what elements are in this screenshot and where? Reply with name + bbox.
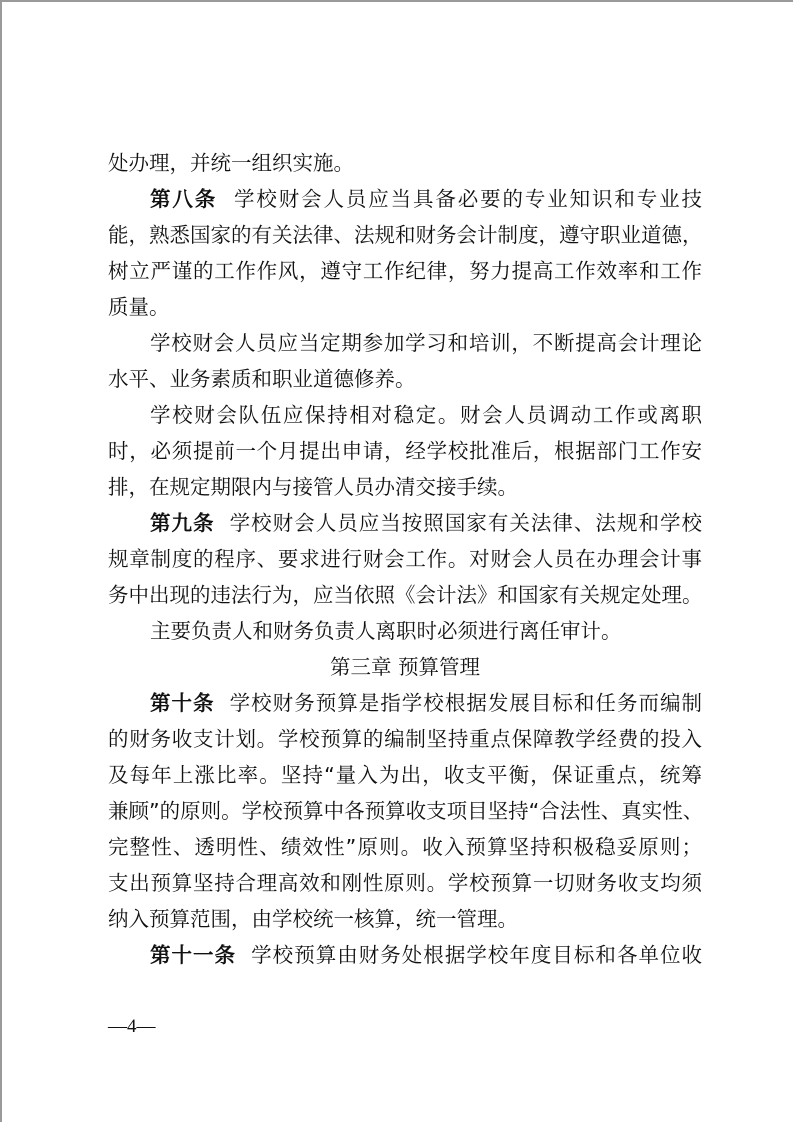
- article-10-line: 第十条 学校财务预算是指学校根据发展目标和任务而编制: [108, 685, 702, 721]
- document-body: 处办理，并统一组织实施。 第八条 学校财会人员应当具备必要的专业知识和专业技 能…: [108, 145, 702, 973]
- line-text: 完整性、透明性、绩效性”原则。收入预算坚持积极稳妥原则；: [108, 835, 702, 859]
- text-line: 处办理，并统一组织实施。: [108, 145, 702, 181]
- line-text: 学校财会人员应当具备必要的专业知识和专业技: [234, 187, 702, 211]
- line-text: 排，在规定期限内与接管人员办清交接手续。: [108, 475, 518, 499]
- article-9-line: 第九条 学校财会人员应当按照国家有关法律、法规和学校: [108, 505, 702, 541]
- line-text: 兼顾”的原则。学校预算中各预算收支项目坚持“合法性、真实性、: [108, 799, 703, 823]
- text-line: 能，熟悉国家的有关法律、法规和财务会计制度，遵守职业道德，: [108, 217, 702, 253]
- line-text: 纳入预算范围，由学校统一核算，统一管理。: [108, 907, 518, 931]
- line-text: 学校财务预算是指学校根据发展目标和任务而编制: [230, 691, 702, 715]
- text-line: 时，必须提前一个月提出申请，经学校批准后，根据部门工作安: [108, 433, 702, 469]
- chapter-title: 第三章 预算管理: [108, 649, 702, 685]
- text-line: 支出预算坚持合理高效和刚性原则。学校预算一切财务收支均须: [108, 865, 702, 901]
- text-line: 学校财会人员应当定期参加学习和培训，不断提高会计理论: [108, 325, 702, 361]
- line-text: 质量。: [108, 295, 170, 319]
- text-line: 学校财会队伍应保持相对稳定。财会人员调动工作或离职: [108, 397, 702, 433]
- text-line: 务中出现的违法行为，应当依照《会计法》和国家有关规定处理。: [108, 577, 702, 613]
- chapter-title-text: 第三章 预算管理: [330, 655, 480, 679]
- text-line: 水平、业务素质和职业道德修养。: [108, 361, 702, 397]
- text-line: 规章制度的程序、要求进行财会工作。对财会人员在办理会计事: [108, 541, 702, 577]
- text-line: 排，在规定期限内与接管人员办清交接手续。: [108, 469, 702, 505]
- line-text: 主要负责人和财务负责人离职时必须进行离任审计。: [150, 619, 622, 643]
- text-line: 兼顾”的原则。学校预算中各预算收支项目坚持“合法性、真实性、: [108, 793, 702, 829]
- line-text: 时，必须提前一个月提出申请，经学校批准后，根据部门工作安: [108, 439, 702, 463]
- line-text: 规章制度的程序、要求进行财会工作。对财会人员在办理会计事: [108, 547, 702, 571]
- line-text: 能，熟悉国家的有关法律、法规和财务会计制度，遵守职业道德，: [108, 223, 703, 247]
- text-line: 主要负责人和财务负责人离职时必须进行离任审计。: [108, 613, 702, 649]
- line-text: 的财务收支计划。学校预算的编制坚持重点保障教学经费的投入: [108, 727, 702, 751]
- text-line: 完整性、透明性、绩效性”原则。收入预算坚持积极稳妥原则；: [108, 829, 702, 865]
- line-text: 树立严谨的工作作风，遵守工作纪律，努力提高工作效率和工作: [108, 259, 702, 283]
- page-number: —4—: [108, 1016, 156, 1038]
- article-8-line: 第八条 学校财会人员应当具备必要的专业知识和专业技: [108, 181, 702, 217]
- line-text: 及每年上涨比率。坚持“量入为出，收支平衡，保证重点，统筹: [108, 763, 702, 787]
- article-heading: 第十一条: [150, 943, 236, 967]
- line-text: 处办理，并统一组织实施。: [108, 151, 354, 175]
- line-text: 学校财会人员应当定期参加学习和培训，不断提高会计理论: [150, 331, 702, 355]
- article-heading: 第十条: [150, 691, 215, 715]
- line-text: 务中出现的违法行为，应当依照《会计法》和国家有关规定处理。: [108, 583, 703, 607]
- line-text: 学校财会队伍应保持相对稳定。财会人员调动工作或离职: [150, 403, 702, 427]
- text-line: 及每年上涨比率。坚持“量入为出，收支平衡，保证重点，统筹: [108, 757, 702, 793]
- article-heading: 第八条: [150, 187, 217, 211]
- line-text: 支出预算坚持合理高效和刚性原则。学校预算一切财务收支均须: [108, 871, 702, 895]
- line-text: 学校预算由财务处根据学校年度目标和各单位收: [251, 943, 702, 967]
- line-text: 水平、业务素质和职业道德修养。: [108, 367, 416, 391]
- article-11-line: 第十一条 学校预算由财务处根据学校年度目标和各单位收: [108, 937, 702, 973]
- text-line: 树立严谨的工作作风，遵守工作纪律，努力提高工作效率和工作: [108, 253, 702, 289]
- text-line: 纳入预算范围，由学校统一核算，统一管理。: [108, 901, 702, 937]
- text-line: 质量。: [108, 289, 702, 325]
- line-text: 学校财会人员应当按照国家有关法律、法规和学校: [230, 511, 702, 535]
- article-heading: 第九条: [150, 511, 215, 535]
- text-line: 的财务收支计划。学校预算的编制坚持重点保障教学经费的投入: [108, 721, 702, 757]
- document-page: 处办理，并统一组织实施。 第八条 学校财会人员应当具备必要的专业知识和专业技 能…: [0, 0, 793, 1122]
